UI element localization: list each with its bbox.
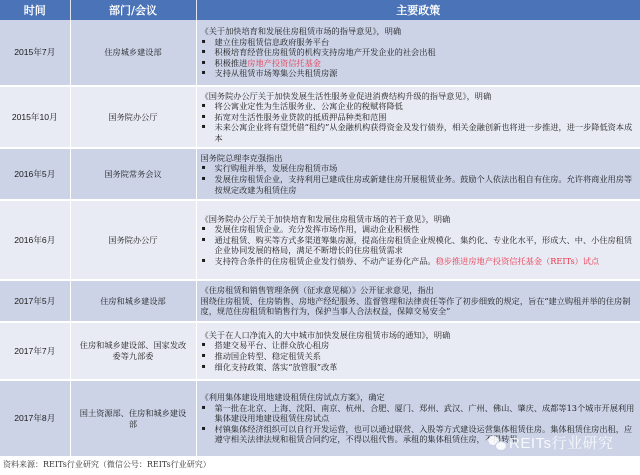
row-time: 2016年5月 (0, 148, 70, 200)
row-time: 2015年10月 (0, 86, 70, 148)
row-policy: 国务院总理李克强指出 实行购租并举，发展住房租赁市场 发展住房租赁企业，支持利用… (196, 148, 640, 200)
row-policy: 《关于在人口净流入的大中城市加快发展住房租赁市场的通知》，明确 搭建交易平台、让… (196, 322, 640, 380)
wechat-icon (488, 435, 506, 450)
row-dept: 国务院办公厅 (70, 200, 196, 280)
table-header-row: 时间 部门/会议 主要政策 (0, 0, 640, 20)
policy-bullet: 将公寓业定性为生活服务业、公寓企业的税赋将降低 (201, 101, 637, 112)
row-policy: 《关于加快培育和发展住房租赁市场的指导意见》，明确 建立住房租赁信息政府服务平台… (196, 20, 640, 86)
table-row: 2017年7月 住房和城乡建设部、国家发改委等九部委 《关于在人口净流入的大中城… (0, 322, 640, 380)
policy-bullet: 未来公寓企业将有望凭借“租约”从金融机构获得资金及发行债券，相关金融创新也将进一… (201, 122, 637, 143)
header-policy: 主要政策 (196, 0, 640, 20)
policy-bullet: 细化支持政策、落实“放管服”改革 (201, 362, 637, 373)
watermark: REITs行业研究 (488, 432, 614, 453)
policy-bullet: 积极推进房地产投资信托基金 (201, 58, 637, 69)
header-time: 时间 (0, 0, 70, 20)
policy-bullet: 推动国企转型、稳定租赁关系 (201, 351, 637, 362)
highlighted-text: 稳步推进房地产投资信托基金（REITs）试点 (436, 256, 600, 266)
highlighted-text: 房地产投资信托基金 (247, 58, 321, 68)
policy-bullet: 搭建交易平台、让群众放心租房 (201, 340, 637, 351)
policy-table: 时间 部门/会议 主要政策 2015年7月 住房城乡建设部 《关于加快培育和发展… (0, 0, 640, 458)
policy-bullet: 支持符合条件的住房租赁企业发行债券、不动产证券化产品。稳步推进房地产投资信托基金… (201, 256, 637, 267)
source-note: 资料来源：REITs行业研究（微信公号：REITs行业研究） (3, 459, 211, 470)
policy-bullet: 通过租赁、购买等方式多渠道筹集房源，提高住房租赁企业规模化、集约化、专业化水平，… (201, 235, 637, 256)
watermark-text: REITs行业研究 (509, 432, 614, 453)
row-dept: 国务院常务会议 (70, 148, 196, 200)
policy-bullet: 支持从租赁市场筹集公共租赁房源 (201, 68, 637, 79)
row-dept: 住房和城乡建设部 (70, 280, 196, 322)
header-dept: 部门/会议 (70, 0, 196, 20)
row-dept: 住房城乡建设部 (70, 20, 196, 86)
row-time: 2017年8月 (0, 380, 70, 457)
policy-bullet: 实行购租并举，发展住房租赁市场 (201, 163, 637, 174)
policy-bullet: 第一批在北京、上海、沈阳、南京、杭州、合肥、厦门、郑州、武汉、广州、佛山、肇庆、… (201, 403, 637, 424)
policy-intro: 《利用集体建设用地建设租赁住房试点方案》，确定 (201, 392, 637, 403)
table-row: 2016年6月 国务院办公厅 《国务院办公厅关于加快培育和发展住房租赁市场的若干… (0, 200, 640, 280)
policy-intro: 《国务院办公厅关于加快培育和发展住房租赁市场的若干意见》，明确 (201, 214, 637, 225)
table-row: 2017年5月 住房和城乡建设部 《住房租赁和销售管理条例（征求意见稿）》公开征… (0, 280, 640, 322)
row-dept: 住房和城乡建设部、国家发改委等九部委 (70, 322, 196, 380)
policy-body: 围绕住房租赁、住房销售、房地产经纪服务、监督管理和法律责任等作了初步细致的规定，… (201, 296, 637, 317)
policy-bullet: 拓宽对生活性服务业贷款的抵质押品种类和范围 (201, 112, 637, 123)
row-policy: 《国务院办公厅关于加快发展生活性服务业促进消费结构升级的指导意见》，明确 将公寓… (196, 86, 640, 148)
policy-intro: 国务院总理李克强指出 (201, 153, 637, 164)
policy-bullets: 搭建交易平台、让群众放心租房 推动国企转型、稳定租赁关系 细化支持政策、落实“放… (201, 340, 637, 372)
policy-bullets: 发展住房租赁企业。充分发挥市场作用，调动企业积极性 通过租赁、购买等方式多渠道筹… (201, 224, 637, 266)
policy-bullet: 积极培育经营住房租赁的机构支持房地产开发企业的社会出租 (201, 47, 637, 58)
policy-bullets: 建立住房租赁信息政府服务平台 积极培育经营住房租赁的机构支持房地产开发企业的社会… (201, 37, 637, 79)
policy-bullet: 发展住房租赁企业，支持利用已建成住房或新建住房开展租赁业务。鼓励个人依法出租自有… (201, 174, 637, 195)
policy-bullets: 将公寓业定性为生活服务业、公寓企业的税赋将降低 拓宽对生活性服务业贷款的抵质押品… (201, 101, 637, 143)
policy-intro: 《关于加快培育和发展住房租赁市场的指导意见》，明确 (201, 26, 637, 37)
row-time: 2016年6月 (0, 200, 70, 280)
row-time: 2017年7月 (0, 322, 70, 380)
policy-intro: 《关于在人口净流入的大中城市加快发展住房租赁市场的通知》，明确 (201, 330, 637, 341)
row-time: 2015年7月 (0, 20, 70, 86)
policy-intro: 《国务院办公厅关于加快发展生活性服务业促进消费结构升级的指导意见》，明确 (201, 91, 637, 102)
row-dept: 国务院办公厅 (70, 86, 196, 148)
row-policy: 《住房租赁和销售管理条例（征求意见稿）》公开征求意见，指出 围绕住房租赁、住房销… (196, 280, 640, 322)
row-policy: 《国务院办公厅关于加快培育和发展住房租赁市场的若干意见》，明确 发展住房租赁企业… (196, 200, 640, 280)
table-row: 2015年10月 国务院办公厅 《国务院办公厅关于加快发展生活性服务业促进消费结… (0, 86, 640, 148)
policy-bullet: 建立住房租赁信息政府服务平台 (201, 37, 637, 48)
row-time: 2017年5月 (0, 280, 70, 322)
table-row: 2016年5月 国务院常务会议 国务院总理李克强指出 实行购租并举，发展住房租赁… (0, 148, 640, 200)
table-row: 2015年7月 住房城乡建设部 《关于加快培育和发展住房租赁市场的指导意见》，明… (0, 20, 640, 86)
row-dept: 国土资源部、住房和城乡建设部 (70, 380, 196, 457)
policy-bullets: 实行购租并举，发展住房租赁市场 发展住房租赁企业，支持利用已建成住房或新建住房开… (201, 163, 637, 195)
policy-bullet: 发展住房租赁企业。充分发挥市场作用，调动企业积极性 (201, 224, 637, 235)
policy-intro: 《住房租赁和销售管理条例（征求意见稿）》公开征求意见，指出 (201, 285, 637, 296)
